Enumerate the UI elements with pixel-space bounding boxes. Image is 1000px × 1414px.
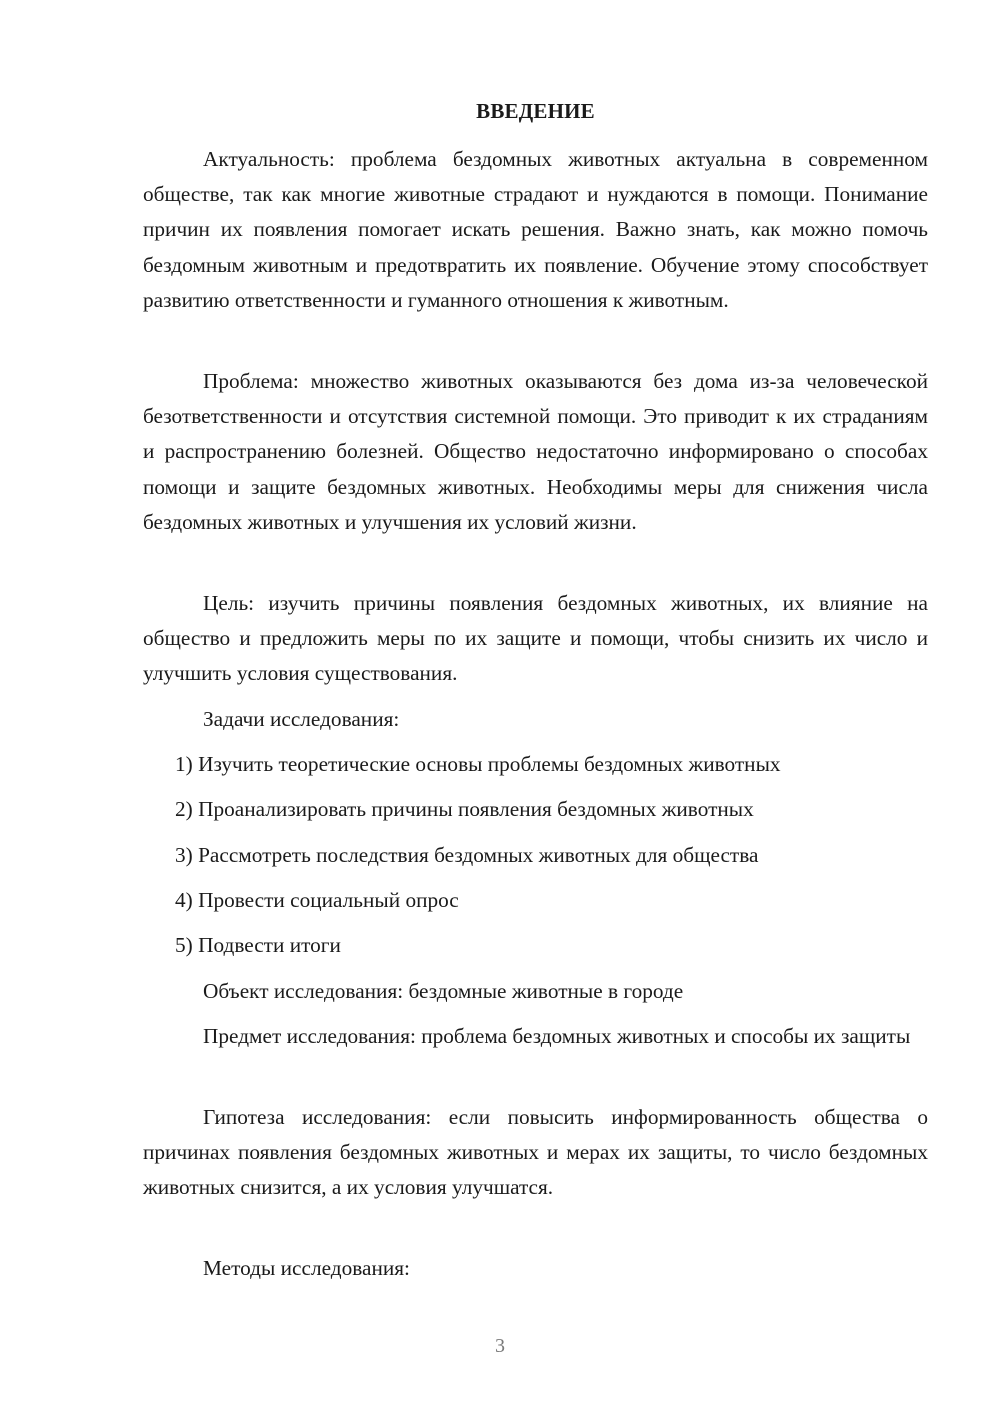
task-item: 2) Проанализировать причины появления бе… [175,792,754,827]
goal-paragraph: Цель: изучить причины появления бездомны… [143,586,928,692]
section-title: ВВЕДЕНИЕ [143,97,928,125]
hypothesis-paragraph: Гипотеза исследования: если повысить инф… [143,1100,928,1206]
methods-label: Методы исследования: [203,1251,410,1286]
task-item: 1) Изучить теоретические основы проблемы… [175,747,781,782]
task-item: 4) Провести социальный опрос [175,883,459,918]
relevance-paragraph: Актуальность: проблема бездомных животны… [143,142,928,318]
object-statement: Объект исследования: бездомные животные … [203,974,683,1009]
problem-paragraph: Проблема: множество животных оказываются… [143,364,928,540]
page-number: 3 [0,1335,1000,1358]
subject-paragraph: Предмет исследования: проблема бездомных… [143,1019,928,1054]
task-item: 3) Рассмотреть последствия бездомных жив… [175,838,758,873]
task-item: 5) Подвести итоги [175,928,341,963]
tasks-label: Задачи исследования: [203,702,399,737]
